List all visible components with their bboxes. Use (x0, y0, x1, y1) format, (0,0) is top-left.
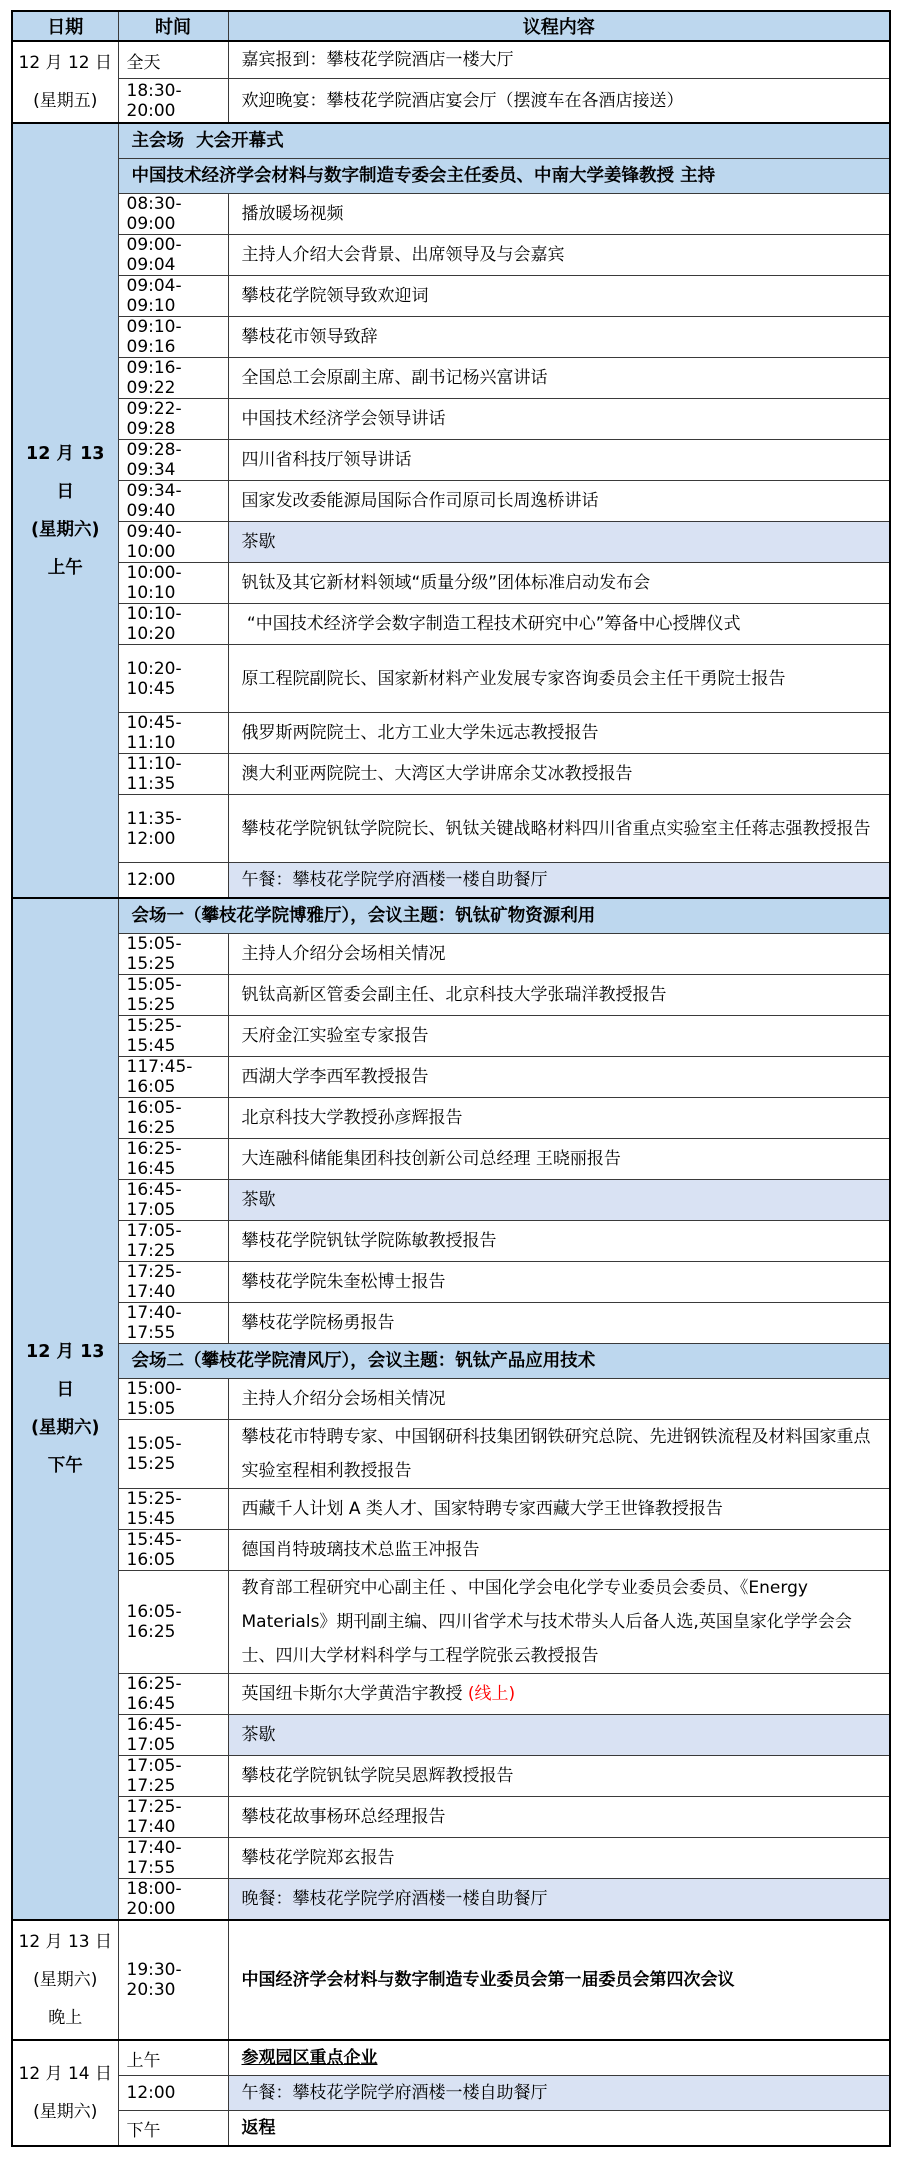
agenda-row: 09:22-09:28中国技术经济学会领导讲话 (12, 399, 890, 440)
agenda-row: 10:00-10:10钒钛及其它新材料领域“质量分级”团体标准启动发布会 (12, 563, 890, 604)
time-cell: 09:28-09:34 (118, 440, 228, 481)
content-cell: 英国纽卡斯尔大学黄浩宇教授 (线上) (228, 1674, 890, 1715)
content-text: 茶歇 (242, 1190, 276, 1210)
agenda-row: 15:05-15:25攀枝花市特聘专家、中国钢研科技集团钢铁研究总院、先进钢铁流… (12, 1420, 890, 1489)
date-cell: 12 月 12 日(星期五) (12, 41, 118, 123)
time-cell: 117:45-16:05 (118, 1057, 228, 1098)
content-cell: 返程 (228, 2111, 890, 2147)
content-text: 攀枝花学院朱奎松博士报告 (242, 1272, 446, 1292)
time-cell: 17:25-17:40 (118, 1797, 228, 1838)
time-cell: 18:30-20:00 (118, 79, 228, 123)
agenda-row: 10:20-10:45原工程院副院长、国家新材料产业发展专家咨询委员会主任干勇院… (12, 645, 890, 713)
time-cell: 12:00 (118, 863, 228, 899)
content-cell: 北京科技大学教授孙彦辉报告 (228, 1098, 890, 1139)
agenda-row: 16:25-16:45英国纽卡斯尔大学黄浩宇教授 (线上) (12, 1674, 890, 1715)
date-line: 上午 (15, 549, 116, 587)
date-cell: 12 月 14 日(星期六) (12, 2040, 118, 2146)
agenda-row: 09:34-09:40国家发改委能源局国际合作司原司长周逸桥讲话 (12, 481, 890, 522)
content-cell: 教育部工程研究中心副主任 、中国化学会电化学专业委员会委员、《Energy Ma… (228, 1571, 890, 1674)
section-row: 12 月 13 日(星期六)下午会场一（攀枝花学院博雅厅），会议主题：钒钛矿物资… (12, 898, 890, 934)
time-cell: 11:35-12:00 (118, 795, 228, 863)
content-cell: 钒钛高新区管委会副主任、北京科技大学张瑞洋教授报告 (228, 975, 890, 1016)
content-cell: 天府金江实验室专家报告 (228, 1016, 890, 1057)
content-text: 攀枝花学院钒钛学院院长、钒钛关键战略材料四川省重点实验室主任蒋志强教授报告 (242, 819, 871, 839)
content-text: 晚餐：攀枝花学院学府酒楼一楼自助餐厅 (242, 1889, 548, 1909)
content-text: 茶歇 (242, 532, 276, 552)
agenda-row: 09:04-09:10攀枝花学院领导致欢迎词 (12, 276, 890, 317)
content-text: 攀枝花学院杨勇报告 (242, 1313, 395, 1333)
content-text: 大连融科储能集团科技创新公司总经理 王晓丽报告 (242, 1149, 621, 1169)
time-cell: 09:00-09:04 (118, 235, 228, 276)
content-text: 全国总工会原副主席、副书记杨兴富讲话 (242, 368, 548, 388)
content-text: 攀枝花学院钒钛学院陈敏教授报告 (242, 1231, 497, 1251)
agenda-row: 09:28-09:34四川省科技厅领导讲话 (12, 440, 890, 481)
agenda-row: 11:35-12:00攀枝花学院钒钛学院院长、钒钛关键战略材料四川省重点实验室主… (12, 795, 890, 863)
time-cell: 16:25-16:45 (118, 1139, 228, 1180)
content-text: “中国技术经济学会数字制造工程技术研究中心”筹备中心授牌仪式 (242, 614, 741, 634)
agenda-page: 日期 时间 议程内容 12 月 12 日(星期五)全天嘉宾报到：攀枝花学院酒店一… (0, 0, 900, 2157)
content-text: 攀枝花故事杨环总经理报告 (242, 1807, 446, 1827)
content-cell: 攀枝花学院杨勇报告 (228, 1303, 890, 1344)
content-cell: 西藏千人计划 A 类人才、国家特聘专家西藏大学王世锋教授报告 (228, 1489, 890, 1530)
content-cell: 全国总工会原副主席、副书记杨兴富讲话 (228, 358, 890, 399)
agenda-row: 15:00-15:05主持人介绍分会场相关情况 (12, 1379, 890, 1420)
time-cell: 10:10-10:20 (118, 604, 228, 645)
time-cell: 15:05-15:25 (118, 1420, 228, 1489)
agenda-row: 16:45-17:05茶歇 (12, 1180, 890, 1221)
content-text: 西藏千人计划 A 类人才、国家特聘专家西藏大学王世锋教授报告 (242, 1499, 723, 1519)
agenda-row: 16:05-16:25教育部工程研究中心副主任 、中国化学会电化学专业委员会委员… (12, 1571, 890, 1674)
content-cell: 茶歇 (228, 1180, 890, 1221)
agenda-row: 17:40-17:55攀枝花学院杨勇报告 (12, 1303, 890, 1344)
agenda-row: 117:45-16:05西湖大学李西军教授报告 (12, 1057, 890, 1098)
content-cell: 西湖大学李西军教授报告 (228, 1057, 890, 1098)
time-cell: 10:00-10:10 (118, 563, 228, 604)
header-content: 议程内容 (228, 11, 890, 41)
content-text: 原工程院副院长、国家新材料产业发展专家咨询委员会主任干勇院士报告 (242, 669, 786, 689)
time-cell: 11:10-11:35 (118, 754, 228, 795)
header-time: 时间 (118, 11, 228, 41)
time-cell: 09:40-10:00 (118, 522, 228, 563)
content-cell: 攀枝花学院钒钛学院院长、钒钛关键战略材料四川省重点实验室主任蒋志强教授报告 (228, 795, 890, 863)
agenda-row: 09:00-09:04主持人介绍大会背景、出席领导及与会嘉宾 (12, 235, 890, 276)
time-cell: 15:05-15:25 (118, 934, 228, 975)
time-cell: 19:30-20:30 (118, 1920, 228, 2040)
agenda-row: 15:25-15:45西藏千人计划 A 类人才、国家特聘专家西藏大学王世锋教授报… (12, 1489, 890, 1530)
date-line: (星期六) (15, 2093, 116, 2131)
content-cell: 主持人介绍大会背景、出席领导及与会嘉宾 (228, 235, 890, 276)
date-line: (星期五) (15, 82, 116, 120)
agenda-row: 16:25-16:45大连融科储能集团科技创新公司总经理 王晓丽报告 (12, 1139, 890, 1180)
date-line: 12 月 12 日 (15, 44, 116, 82)
date-line: (星期六) (15, 511, 116, 549)
content-cell: 大连融科储能集团科技创新公司总经理 王晓丽报告 (228, 1139, 890, 1180)
time-cell: 16:45-17:05 (118, 1715, 228, 1756)
time-cell: 16:05-16:25 (118, 1098, 228, 1139)
content-text: 中国技术经济学会领导讲话 (242, 409, 446, 429)
content-cell: 四川省科技厅领导讲话 (228, 440, 890, 481)
date-cell: 12 月 13 日(星期六)晚上 (12, 1920, 118, 2040)
section-row: 12 月 13 日(星期六)上午主会场 大会开幕式 (12, 123, 890, 159)
time-cell: 全天 (118, 41, 228, 79)
agenda-table: 日期 时间 议程内容 12 月 12 日(星期五)全天嘉宾报到：攀枝花学院酒店一… (11, 10, 891, 2147)
content-text: 攀枝花学院郑玄报告 (242, 1848, 395, 1868)
content-cell: 原工程院副院长、国家新材料产业发展专家咨询委员会主任干勇院士报告 (228, 645, 890, 713)
content-text: 天府金江实验室专家报告 (242, 1026, 429, 1046)
content-cell: 攀枝花学院郑玄报告 (228, 1838, 890, 1879)
content-text: 攀枝花市领导致辞 (242, 327, 378, 347)
content-cell: 攀枝花学院钒钛学院陈敏教授报告 (228, 1221, 890, 1262)
content-cell: “中国技术经济学会数字制造工程技术研究中心”筹备中心授牌仪式 (228, 604, 890, 645)
content-cell: 攀枝花学院领导致欢迎词 (228, 276, 890, 317)
agenda-row: 16:05-16:25北京科技大学教授孙彦辉报告 (12, 1098, 890, 1139)
agenda-row: 下午返程 (12, 2111, 890, 2147)
content-cell: 中国经济学会材料与数字制造专业委员会第一届委员会第四次会议 (228, 1920, 890, 2040)
content-cell: 参观园区重点企业 (228, 2040, 890, 2076)
content-text: 英国纽卡斯尔大学黄浩宇教授 (242, 1684, 468, 1704)
agenda-row: 12:00午餐：攀枝花学院学府酒楼一楼自助餐厅 (12, 2076, 890, 2111)
content-text: 德国肖特玻璃技术总监王冲报告 (242, 1540, 480, 1560)
time-cell: 12:00 (118, 2076, 228, 2111)
content-cell: 俄罗斯两院院士、北方工业大学朱远志教授报告 (228, 713, 890, 754)
content-text: 参观园区重点企业 (242, 2048, 378, 2068)
time-cell: 15:25-15:45 (118, 1016, 228, 1057)
agenda-row: 15:45-16:05德国肖特玻璃技术总监王冲报告 (12, 1530, 890, 1571)
content-text: 俄罗斯两院院士、北方工业大学朱远志教授报告 (242, 723, 599, 743)
section-row: 会场二（攀枝花学院清风厅），会议主题：钒钛产品应用技术 (12, 1344, 890, 1379)
content-cell: 攀枝花学院钒钛学院吴恩辉教授报告 (228, 1756, 890, 1797)
agenda-row: 17:25-17:40攀枝花学院朱奎松博士报告 (12, 1262, 890, 1303)
agenda-row: 12 月 12 日(星期五)全天嘉宾报到：攀枝花学院酒店一楼大厅 (12, 41, 890, 79)
section-title: 会场一（攀枝花学院博雅厅），会议主题：钒钛矿物资源利用 (118, 898, 890, 934)
content-cell: 欢迎晚宴：攀枝花学院酒店宴会厅（摆渡车在各酒店接送） (228, 79, 890, 123)
content-cell: 午餐：攀枝花学院学府酒楼一楼自助餐厅 (228, 2076, 890, 2111)
time-cell: 09:34-09:40 (118, 481, 228, 522)
time-cell: 10:45-11:10 (118, 713, 228, 754)
content-text: 教育部工程研究中心副主任 、中国化学会电化学专业委员会委员、《Energy Ma… (242, 1578, 852, 1666)
date-cell: 12 月 13 日(星期六)上午 (12, 123, 118, 898)
content-text: 欢迎晚宴：攀枝花学院酒店宴会厅（摆渡车在各酒店接送） (242, 91, 684, 111)
content-text: 钒钛高新区管委会副主任、北京科技大学张瑞洋教授报告 (242, 985, 667, 1005)
section-row: 中国技术经济学会材料与数字制造专委会主任委员、中南大学姜锋教授 主持 (12, 159, 890, 194)
content-text: 北京科技大学教授孙彦辉报告 (242, 1108, 463, 1128)
date-line: 12 月 13 日 (15, 1923, 116, 1961)
content-text: 四川省科技厅领导讲话 (242, 450, 412, 470)
time-cell: 17:40-17:55 (118, 1838, 228, 1879)
section-title: 会场二（攀枝花学院清风厅），会议主题：钒钛产品应用技术 (118, 1344, 890, 1379)
content-text: 主持人介绍大会背景、出席领导及与会嘉宾 (242, 245, 565, 265)
time-cell: 17:05-17:25 (118, 1221, 228, 1262)
agenda-row: 15:05-15:25钒钛高新区管委会副主任、北京科技大学张瑞洋教授报告 (12, 975, 890, 1016)
agenda-body: 12 月 12 日(星期五)全天嘉宾报到：攀枝花学院酒店一楼大厅18:30-20… (12, 41, 890, 2146)
content-text: 攀枝花学院领导致欢迎词 (242, 286, 429, 306)
time-cell: 下午 (118, 2111, 228, 2147)
content-text: 返程 (242, 2118, 276, 2138)
time-cell: 17:25-17:40 (118, 1262, 228, 1303)
time-cell: 17:05-17:25 (118, 1756, 228, 1797)
agenda-row: 11:10-11:35澳大利亚两院院士、大湾区大学讲席余艾冰教授报告 (12, 754, 890, 795)
content-cell: 德国肖特玻璃技术总监王冲报告 (228, 1530, 890, 1571)
date-line: 晚上 (15, 1999, 116, 2037)
agenda-row: 09:40-10:00茶歇 (12, 522, 890, 563)
content-text: 澳大利亚两院院士、大湾区大学讲席余艾冰教授报告 (242, 764, 633, 784)
agenda-row: 08:30-09:00播放暖场视频 (12, 194, 890, 235)
date-line: 下午 (15, 1447, 116, 1485)
agenda-row: 17:05-17:25攀枝花学院钒钛学院吴恩辉教授报告 (12, 1756, 890, 1797)
agenda-row: 16:45-17:05茶歇 (12, 1715, 890, 1756)
content-cell: 攀枝花市领导致辞 (228, 317, 890, 358)
agenda-row: 15:05-15:25主持人介绍分会场相关情况 (12, 934, 890, 975)
time-cell: 15:05-15:25 (118, 975, 228, 1016)
header-row: 日期 时间 议程内容 (12, 11, 890, 41)
content-text: 钒钛及其它新材料领域“质量分级”团体标准启动发布会 (242, 573, 651, 593)
agenda-row: 18:30-20:00欢迎晚宴：攀枝花学院酒店宴会厅（摆渡车在各酒店接送） (12, 79, 890, 123)
agenda-row: 12 月 13 日(星期六)晚上19:30-20:30中国经济学会材料与数字制造… (12, 1920, 890, 2040)
content-text: 攀枝花市特聘专家、中国钢研科技集团钢铁研究总院、先进钢铁流程及材料国家重点实验室… (242, 1427, 871, 1481)
agenda-row: 17:05-17:25攀枝花学院钒钛学院陈敏教授报告 (12, 1221, 890, 1262)
agenda-row: 17:25-17:40攀枝花故事杨环总经理报告 (12, 1797, 890, 1838)
content-cell: 主持人介绍分会场相关情况 (228, 1379, 890, 1420)
time-cell: 15:00-15:05 (118, 1379, 228, 1420)
content-cell: 澳大利亚两院院士、大湾区大学讲席余艾冰教授报告 (228, 754, 890, 795)
content-cell: 攀枝花市特聘专家、中国钢研科技集团钢铁研究总院、先进钢铁流程及材料国家重点实验室… (228, 1420, 890, 1489)
time-cell: 10:20-10:45 (118, 645, 228, 713)
section-title: 主会场 大会开幕式 (118, 123, 890, 159)
content-cell: 晚餐：攀枝花学院学府酒楼一楼自助餐厅 (228, 1879, 890, 1921)
date-line: (星期六) (15, 1409, 116, 1447)
time-cell: 09:16-09:22 (118, 358, 228, 399)
content-text: 国家发改委能源局国际合作司原司长周逸桥讲话 (242, 491, 599, 511)
online-note: (线上) (468, 1684, 515, 1704)
section-title: 中国技术经济学会材料与数字制造专委会主任委员、中南大学姜锋教授 主持 (118, 159, 890, 194)
content-cell: 钒钛及其它新材料领域“质量分级”团体标准启动发布会 (228, 563, 890, 604)
time-cell: 16:45-17:05 (118, 1180, 228, 1221)
content-text: 午餐：攀枝花学院学府酒楼一楼自助餐厅 (242, 2083, 548, 2103)
time-cell: 上午 (118, 2040, 228, 2076)
agenda-row: 12:00午餐：攀枝花学院学府酒楼一楼自助餐厅 (12, 863, 890, 899)
agenda-row: 10:45-11:10俄罗斯两院院士、北方工业大学朱远志教授报告 (12, 713, 890, 754)
date-line: 12 月 14 日 (15, 2055, 116, 2093)
time-cell: 16:25-16:45 (118, 1674, 228, 1715)
agenda-row: 12 月 14 日(星期六)上午参观园区重点企业 (12, 2040, 890, 2076)
time-cell: 15:45-16:05 (118, 1530, 228, 1571)
content-cell: 主持人介绍分会场相关情况 (228, 934, 890, 975)
content-text: 播放暖场视频 (242, 204, 344, 224)
date-line: 12 月 13 日 (15, 435, 116, 511)
content-text: 中国经济学会材料与数字制造专业委员会第一届委员会第四次会议 (242, 1970, 735, 1990)
time-cell: 18:00-20:00 (118, 1879, 228, 1921)
agenda-row: 17:40-17:55攀枝花学院郑玄报告 (12, 1838, 890, 1879)
content-cell: 中国技术经济学会领导讲话 (228, 399, 890, 440)
agenda-row: 15:25-15:45天府金江实验室专家报告 (12, 1016, 890, 1057)
content-cell: 国家发改委能源局国际合作司原司长周逸桥讲话 (228, 481, 890, 522)
date-cell: 12 月 13 日(星期六)下午 (12, 898, 118, 1920)
content-cell: 茶歇 (228, 522, 890, 563)
content-cell: 午餐：攀枝花学院学府酒楼一楼自助餐厅 (228, 863, 890, 899)
agenda-row: 09:16-09:22全国总工会原副主席、副书记杨兴富讲话 (12, 358, 890, 399)
content-cell: 攀枝花故事杨环总经理报告 (228, 1797, 890, 1838)
content-text: 攀枝花学院钒钛学院吴恩辉教授报告 (242, 1766, 514, 1786)
time-cell: 15:25-15:45 (118, 1489, 228, 1530)
time-cell: 09:04-09:10 (118, 276, 228, 317)
time-cell: 09:10-09:16 (118, 317, 228, 358)
date-line: (星期六) (15, 1961, 116, 1999)
content-cell: 茶歇 (228, 1715, 890, 1756)
content-text: 西湖大学李西军教授报告 (242, 1067, 429, 1087)
content-text: 茶歇 (242, 1725, 276, 1745)
time-cell: 09:22-09:28 (118, 399, 228, 440)
header-date: 日期 (12, 11, 118, 41)
content-text: 嘉宾报到：攀枝花学院酒店一楼大厅 (242, 50, 514, 70)
content-text: 主持人介绍分会场相关情况 (242, 1389, 446, 1409)
content-text: 午餐：攀枝花学院学府酒楼一楼自助餐厅 (242, 870, 548, 890)
content-cell: 嘉宾报到：攀枝花学院酒店一楼大厅 (228, 41, 890, 79)
time-cell: 16:05-16:25 (118, 1571, 228, 1674)
content-text: 主持人介绍分会场相关情况 (242, 944, 446, 964)
content-cell: 攀枝花学院朱奎松博士报告 (228, 1262, 890, 1303)
time-cell: 17:40-17:55 (118, 1303, 228, 1344)
content-cell: 播放暖场视频 (228, 194, 890, 235)
agenda-row: 10:10-10:20 “中国技术经济学会数字制造工程技术研究中心”筹备中心授牌… (12, 604, 890, 645)
agenda-row: 18:00-20:00晚餐：攀枝花学院学府酒楼一楼自助餐厅 (12, 1879, 890, 1921)
agenda-row: 09:10-09:16攀枝花市领导致辞 (12, 317, 890, 358)
date-line: 12 月 13 日 (15, 1333, 116, 1409)
time-cell: 08:30-09:00 (118, 194, 228, 235)
